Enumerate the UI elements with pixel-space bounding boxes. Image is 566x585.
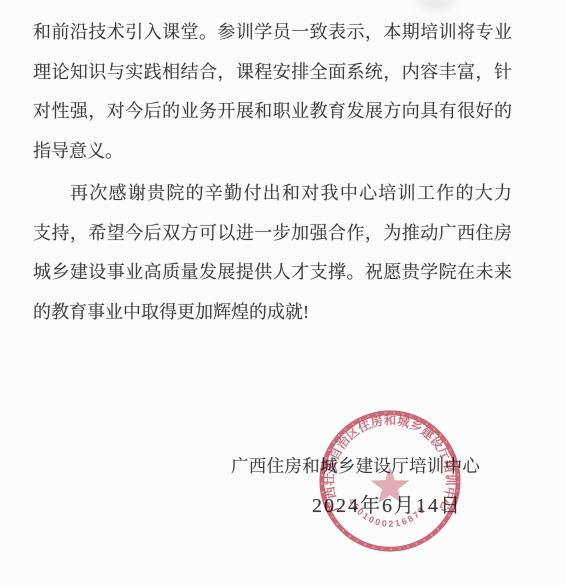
body-line: 的教育事业中取得更加辉煌的成就! (33, 293, 512, 333)
body-line: 理论知识与实践相结合，课程安排全面系统，内容丰富，针 (33, 53, 512, 93)
body-line: 城乡建设事业高质量发展提供人才支撑。祝愿贵学院在未来 (33, 253, 512, 293)
body-line: 支持，希望今后双方可以进一步加强合作，为推动广西住房 (33, 214, 512, 254)
official-seal-stamp: 广西壮族自治区住房和城乡建设厅培训中心 4501000216870 (317, 408, 463, 554)
body-line: 和前沿技术引入课堂。参训学员一致表示，本期培训将专业 (33, 13, 512, 53)
seal-code-text: 4501000216870 (347, 496, 428, 528)
letter-page: 和前沿技术引入课堂。参训学员一致表示，本期培训将专业 理论知识与实践相结合，课程… (0, 0, 566, 585)
body-line: 再次感谢贵院的辛勤付出和对我中心培训工作的大力 (33, 174, 512, 214)
body-line: 对性强，对今后的业务开展和职业教育发展方向具有很好的 (33, 92, 512, 132)
star-icon (371, 466, 410, 503)
letter-body: 和前沿技术引入课堂。参训学员一致表示，本期培训将专业 理论知识与实践相结合，课程… (33, 13, 512, 332)
scan-smudge (418, 0, 454, 10)
seal-arc-text: 广西壮族自治区住房和城乡建设厅培训中心 (321, 412, 458, 515)
body-line: 指导意义。 (33, 132, 512, 172)
